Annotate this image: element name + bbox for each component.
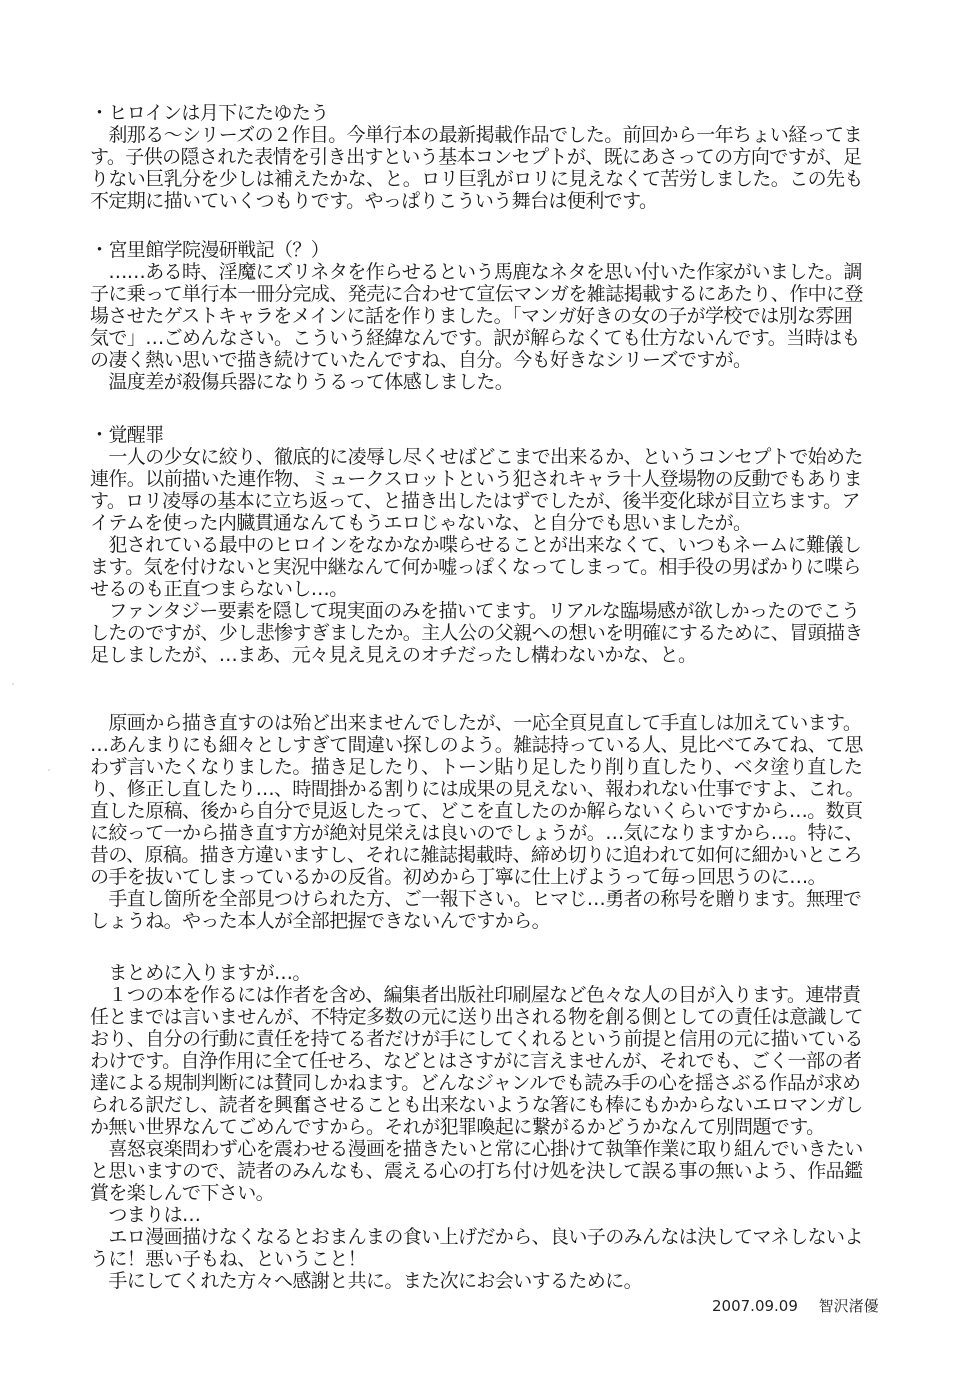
section-heading: ・ヒロインは月下にたゆたう xyxy=(90,102,890,124)
text-line: ます。気を付けないと実況中継なんて何か嘘っぽくなってしまって。相手役の男ばかりに… xyxy=(90,556,890,578)
afterword-page: ・ヒロインは月下にたゆたう 刹那る～シリーズの２作目。今単行本の最新掲載作品でし… xyxy=(0,0,956,1400)
section-kakuseizai: ・覚醒罪 一人の少女に絞り、徹底的に凌辱し尽くせばどこまで出来るか、というコンセ… xyxy=(90,424,890,666)
text-line: 任とまでは言いませんが、不特定多数の元に送り出される物を創る側としての責任は意識… xyxy=(90,1006,890,1028)
section-heading: ・宮里館学院漫研戦記（？） xyxy=(90,239,890,261)
text-line: つまりは… xyxy=(90,1204,890,1226)
text-line: に絞って一から描き直す方が絶対見栄えは良いのでしょうが。…気になりますから…。特… xyxy=(90,822,890,844)
text-line: しょうね。やった本人が全部把握できないんですから。 xyxy=(90,910,890,932)
signature: 2007.09.09 智沢渚優 xyxy=(712,1296,879,1316)
text-line: 犯されている最中のヒロインをなかなか喋らせることが出来なくて、いつもネームに難儀… xyxy=(90,534,890,556)
text-line: 昔の、原稿。描き方違いますし、それに雑誌掲載時、締め切りに追われて如何に細かいと… xyxy=(90,844,890,866)
signature-date: 2007.09.09 xyxy=(712,1297,798,1315)
text-line: の凄く熱い思いで描き続けていたんですね、自分。今も好きなシリーズですが。 xyxy=(90,349,890,371)
text-line: 場させたゲストキャラをメインに話を作りました。「マンガ好きの女の子が学校では別な… xyxy=(90,305,890,327)
text-line: 刹那る～シリーズの２作目。今単行本の最新掲載作品でした。前回から一年ちょい経って… xyxy=(90,124,890,146)
text-line: す。子供の隠された表情を引き出すという基本コンセプトが、既にあさっての方向ですが… xyxy=(90,146,890,168)
text-line: の手を抜いてしまっているかの反省。初めから丁寧に仕上げようって毎っ回思うのに…。 xyxy=(90,866,890,888)
text-line: したのですが、少し悲惨すぎましたか。主人公の父親への想いを明確にするために、冒頭… xyxy=(90,622,890,644)
scan-speck xyxy=(12,683,14,685)
text-line: 子に乗って単行本一冊分完成、発売に合わせて宣伝マンガを雑誌掲載するにあたり、作中… xyxy=(90,283,890,305)
section-revisions: 原画から描き直すのは殆ど出来ませんでしたが、一応全頁見直して手直しは加えています… xyxy=(90,712,890,932)
text-line: 喜怒哀楽問わず心を震わせる漫画を描きたいと常に心掛けて執筆作業に取り組んでいきた… xyxy=(90,1138,890,1160)
text-line: す。ロリ凌辱の基本に立ち返って、と描き出したはずでしたが、後半変化球が目立ちます… xyxy=(90,490,890,512)
text-line: 原画から描き直すのは殆ど出来ませんでしたが、一応全頁見直して手直しは加えています… xyxy=(90,712,890,734)
text-line: か無い世界なんてごめんですから。それが犯罪喚起に繋がるかどうかなんて別問題です。 xyxy=(90,1116,890,1138)
text-line: 直した原稿、後から自分で見返したって、どこを直したのか解らないくらいですから…。… xyxy=(90,800,890,822)
text-line: りない巨乳分を少しは補えたかな、と。ロリ巨乳がロリに見えなくて苦労しました。この… xyxy=(90,168,890,190)
text-line: 温度差が殺傷兵器になりうるって体感しました。 xyxy=(90,371,890,393)
text-line: わず言いたくなりました。描き足したり、トーン貼り足したり削り直したり、ベタ塗り直… xyxy=(90,756,890,778)
text-line: うに！悪い子もね、ということ！ xyxy=(90,1248,890,1270)
text-line: …あんまりにも細々としすぎて間違い探しのよう。雑誌持っている人、見比べてみてね、… xyxy=(90,734,890,756)
text-line: 不定期に描いていくつもりです。やっぱりこういう舞台は便利です。 xyxy=(90,190,890,212)
text-line: わけです。自浄作用に全て任せろ、などとはさすがに言えませんが、それでも、ごく一部… xyxy=(90,1050,890,1072)
text-line: おり、自分の行動に責任を持てる者だけが手にしてくれるという前提と信用の元に描いて… xyxy=(90,1028,890,1050)
text-line: 手にしてくれた方々へ感謝と共に。また次にお会いするために。 xyxy=(90,1270,890,1292)
section-miyasato: ・宮里館学院漫研戦記（？） ……ある時、淫魔にズリネタを作らせるという馬鹿なネタ… xyxy=(90,239,890,393)
text-line: 連作。以前描いた連作物、ミュークスロットという犯されキャラ十人登場物の反動でもあ… xyxy=(90,468,890,490)
text-line: 足しましたが、…まあ、元々見え見えのオチだったし構わないかな、と。 xyxy=(90,644,890,666)
text-line: せるのも正直つまらないし…。 xyxy=(90,578,890,600)
scan-speck xyxy=(48,769,50,771)
text-line: 手直し箇所を全部見つけられた方、ご一報下さい。ヒマじ…勇者の称号を贈ります。無理… xyxy=(90,888,890,910)
text-line: られる訳だし、読者を興奮させることも出来ないような箸にも棒にもかからないエロマン… xyxy=(90,1094,890,1116)
section-heading: ・覚醒罪 xyxy=(90,424,890,446)
text-line: まとめに入りますが…。 xyxy=(90,962,890,984)
text-line: イテムを使った内臓貫通なんてもうエロじゃないな、と自分でも思いましたが。 xyxy=(90,512,890,534)
section-heroine: ・ヒロインは月下にたゆたう 刹那る～シリーズの２作目。今単行本の最新掲載作品でし… xyxy=(90,102,890,212)
signature-author: 智沢渚優 xyxy=(819,1297,879,1315)
text-line: 気で」…ごめんなさい。こういう経緯なんです。訳が解らなくても仕方ないんです。当時… xyxy=(90,327,890,349)
text-line: と思いますので、読者のみんなも、震える心の打ち付け処を決して誤る事の無いよう、作… xyxy=(90,1160,890,1182)
text-line: ……ある時、淫魔にズリネタを作らせるという馬鹿なネタを思い付いた作家がいました。… xyxy=(90,261,890,283)
text-line: １つの本を作るには作者を含め、編集者出版社印刷屋など色々な人の目が入ります。連帯… xyxy=(90,984,890,1006)
text-line: り、修正し直したり…、時間掛かる割りには成果の見えない、報われない仕事ですよ、こ… xyxy=(90,778,890,800)
text-line: ファンタジー要素を隠して現実面のみを描いてます。リアルな臨場感が欲しかったのでこ… xyxy=(90,600,890,622)
text-line: 一人の少女に絞り、徹底的に凌辱し尽くせばどこまで出来るか、というコンセプトで始め… xyxy=(90,446,890,468)
text-line: エロ漫画描けなくなるとおまんまの食い上げだから、良い子のみんなは決してマネしない… xyxy=(90,1226,890,1248)
text-line: 賞を楽しんで下さい。 xyxy=(90,1182,890,1204)
text-line: 達による規制判断には賛同しかねます。どんなジャンルでも読み手の心を揺さぶる作品が… xyxy=(90,1072,890,1094)
section-summary: まとめに入りますが…。 １つの本を作るには作者を含め、編集者出版社印刷屋など色々… xyxy=(90,962,890,1292)
